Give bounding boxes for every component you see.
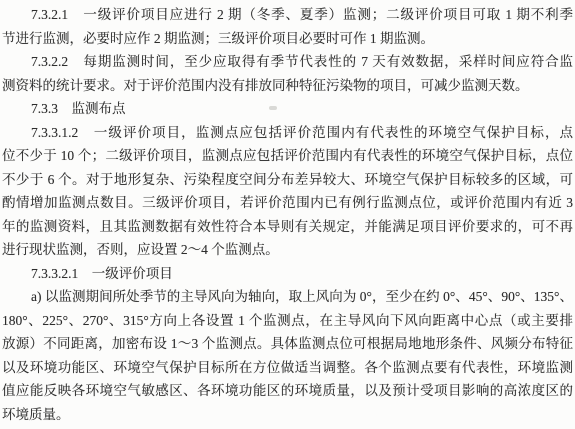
- text-line: 7.3.2.1 一级评价项目应进行 2 期（冬季、夏季）监测；二级评价项目可取 …: [2, 3, 573, 27]
- text-line: 位不少于 10 个；二级评价项目，监测点应包括评价范围内有代表性的环境空气保护目…: [2, 144, 573, 168]
- text-line: 进行现状监测，否则，应设置 2～4 个监测点。: [2, 238, 573, 262]
- text-line: 7.3.3.2.1 一级评价项目: [2, 262, 573, 286]
- text-line: a) 以监测期间所处季节的主导风向为轴向，取上风向为 0°，至少在约 0°、45…: [2, 285, 573, 309]
- text-line: 环境质量。: [2, 403, 573, 427]
- document-page: 7.3.2.1 一级评价项目应进行 2 期（冬季、夏季）监测；二级评价项目可取 …: [0, 0, 575, 429]
- text-line: 不少于 6 个。对于地形复杂、污染程度空间分布差异较大、环境空气保护目标较多的区…: [2, 168, 573, 192]
- text-line: 酌情增加监测点数目。三级评价项目，若评价范围内已有例行监测点位，或评价范围内有近…: [2, 191, 573, 215]
- text-line: 节进行监测，必要时应作 2 期监测；三级评价项目必要时可作 1 期监测。: [2, 27, 573, 51]
- text-line: 年的监测资料，且其监测数据有效性符合本导则有关规定，并能满足项目评价要求的，可不…: [2, 215, 573, 239]
- text-line: 以及环境功能区、环境空气保护目标所在方位做适当调整。各个监测点要有代表性，环境监…: [2, 356, 573, 380]
- text-line: 180°、225°、270°、315°方向上各设置 1 个监测点，在主导风向下风…: [2, 309, 573, 333]
- text-line: 值应能反映各环境空气敏感区、各环境功能区的环境质量，以及预计受项目影响的高浓度区…: [2, 379, 573, 403]
- text-line: 放源）不同距离，加密布设 1～3 个监测点。具体监测点位可根据局地地形条件、风频…: [2, 332, 573, 356]
- text-line: 7.3.2.2 每期监测时间，至少应取得有季节代表性的 7 天有效数据，采样时间…: [2, 50, 573, 74]
- scan-speck-artifact: [269, 106, 277, 110]
- text-line: 7.3.3.1.2 一级评价项目，监测点应包括评价范围内有代表性的环境空气保护目…: [2, 121, 573, 145]
- text-line: 测资料的统计要求。对于评价范围内没有排放同种特征污染物的项目，可减少监测天数。: [2, 74, 573, 98]
- text-line: 7.3.3 监测布点: [2, 97, 573, 121]
- document-body: 7.3.2.1 一级评价项目应进行 2 期（冬季、夏季）监测；二级评价项目可取 …: [2, 3, 573, 426]
